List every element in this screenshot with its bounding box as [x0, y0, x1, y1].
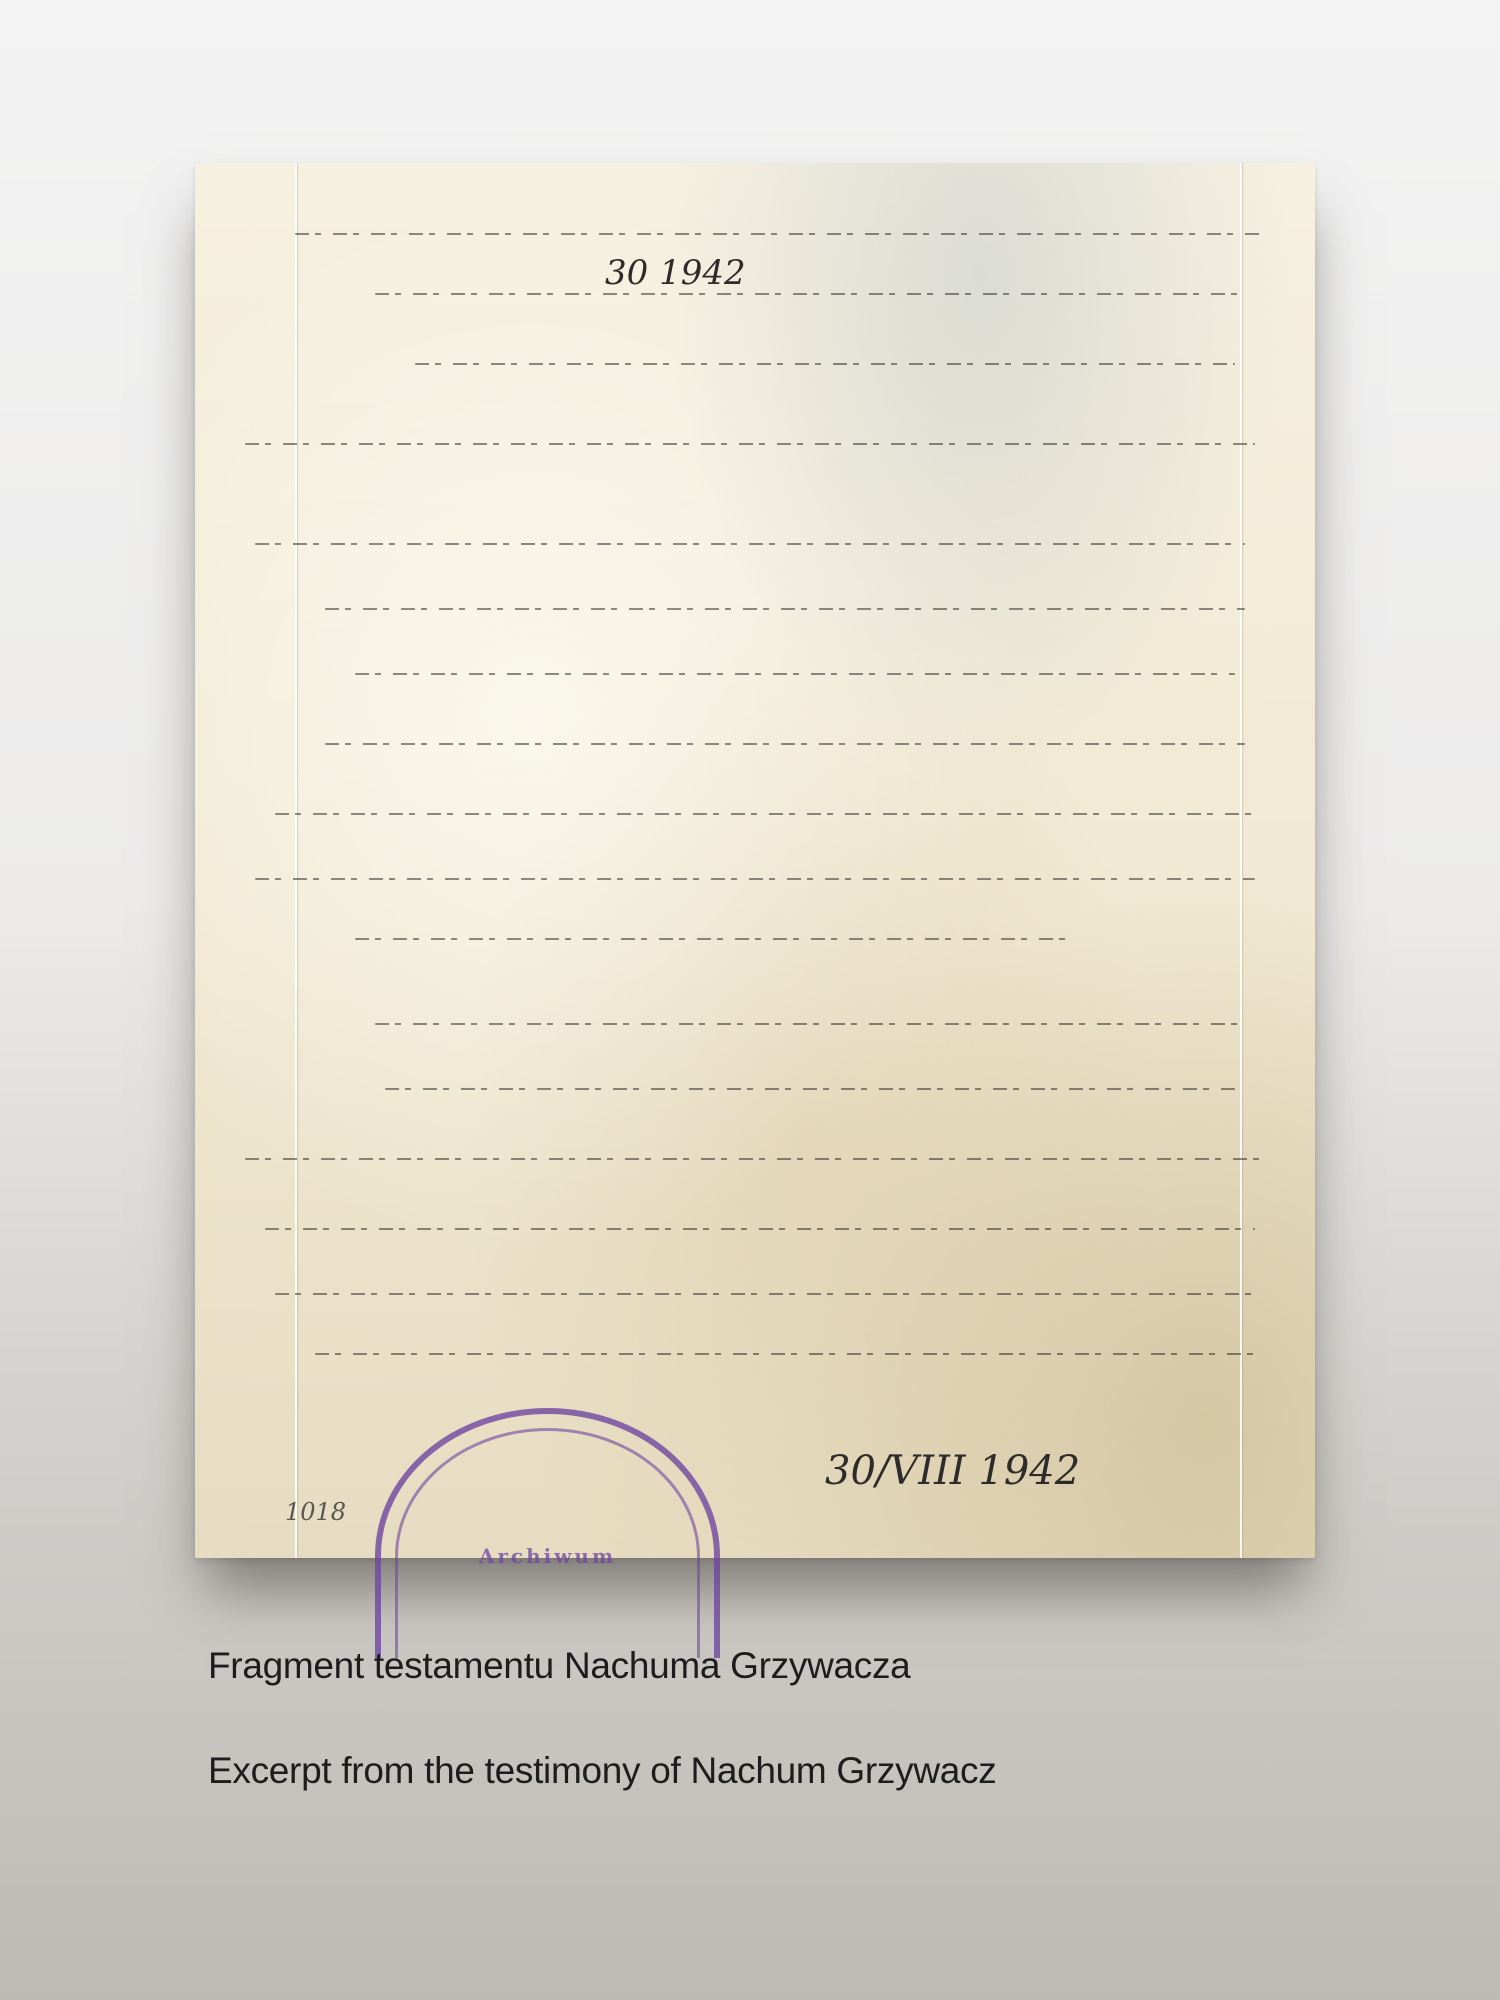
handwritten-yiddish-text [235, 193, 1275, 1408]
manuscript-page: 30 1942 30/VIII 1942 1018 Archiwum [195, 163, 1315, 1558]
archive-stamp: Archiwum [375, 1408, 720, 1658]
signature-date: 30/VIII 1942 [825, 1448, 1080, 1494]
caption-title-english: Excerpt from the testimony of Nachum Grz… [208, 1750, 996, 1792]
museum-exhibit: 30 1942 30/VIII 1942 1018 Archiwum Fragm… [0, 0, 1500, 2000]
caption-title-polish: Fragment testamentu Nachuma Grzywacza [208, 1645, 910, 1687]
archive-stamp-text: Archiwum [381, 1544, 714, 1568]
archive-stamp-inner-ring [395, 1428, 700, 1658]
catalog-number: 1018 [285, 1498, 346, 1526]
date-in-text: 30 1942 [605, 253, 746, 293]
